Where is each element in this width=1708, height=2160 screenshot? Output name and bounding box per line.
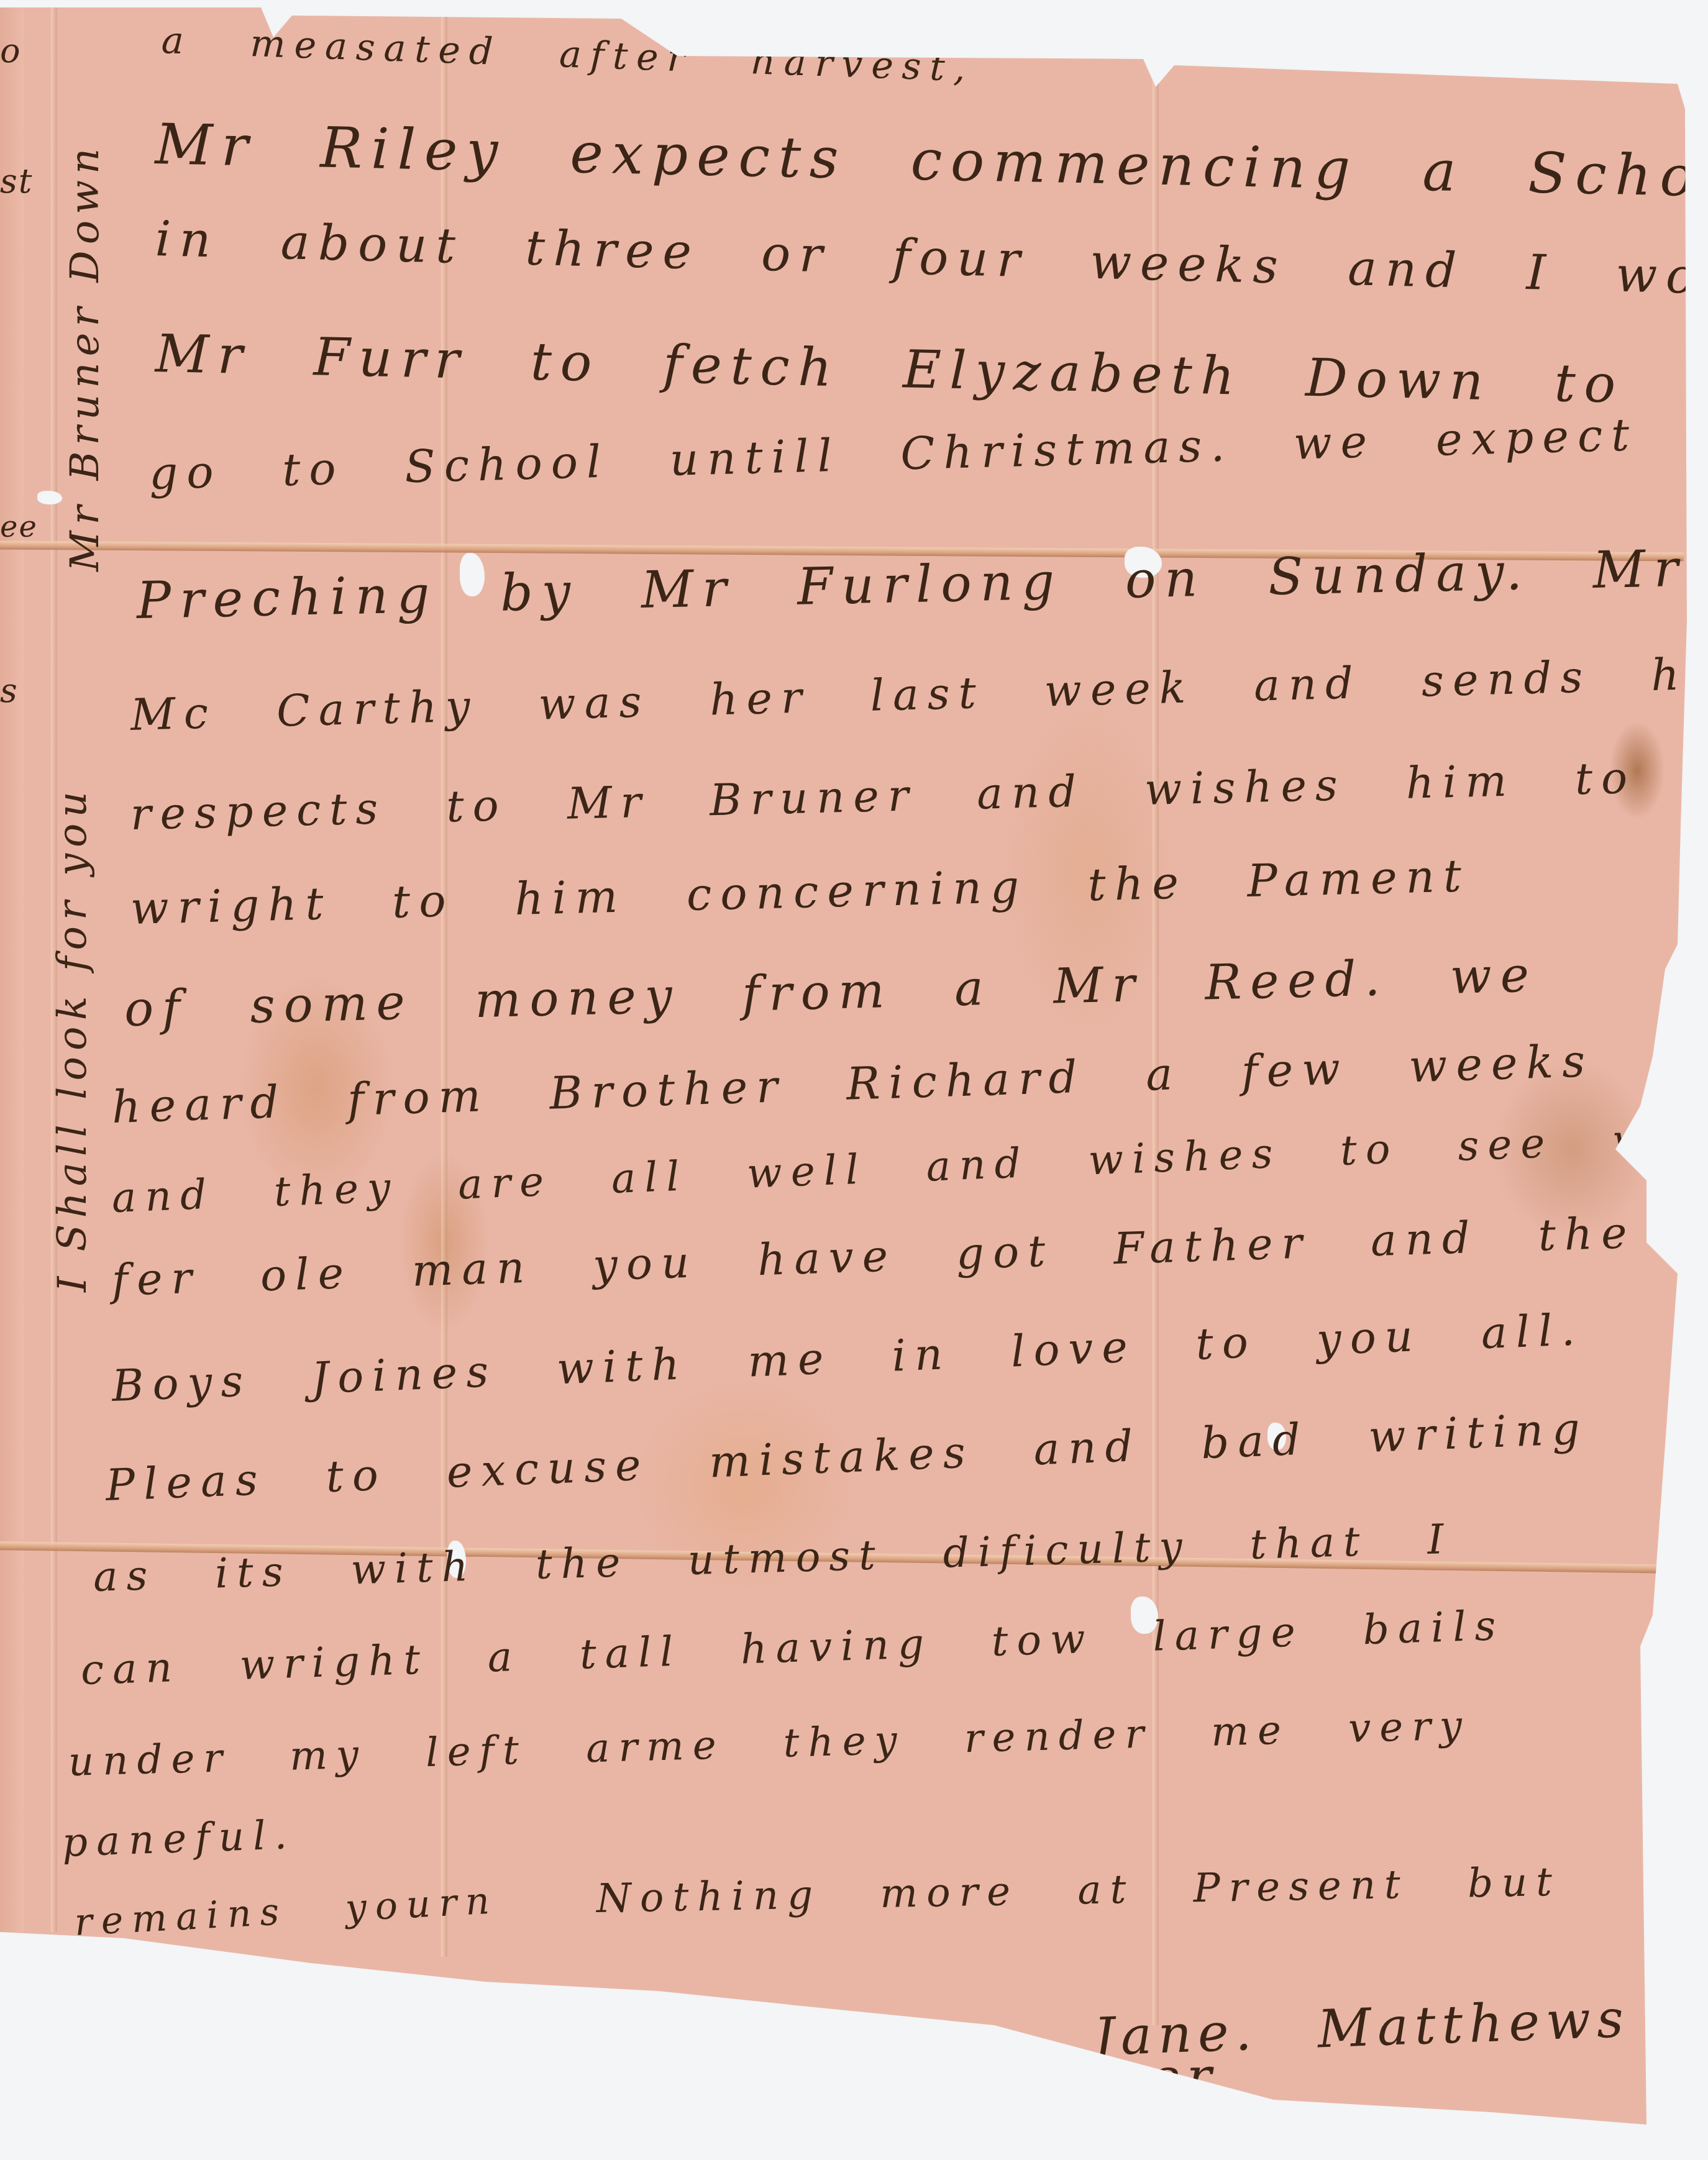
letter-line-8: wright to him concerning the Pament [130, 849, 1471, 934]
letter-line-4: go to School untill Christmas. we expect [148, 408, 1638, 499]
signature-underline [789, 2153, 1050, 2160]
paper-hole [37, 491, 62, 504]
top-fragment: a measated after harvest, [161, 19, 975, 91]
letter-line-18: paneful. [62, 1812, 296, 1866]
letter-line-20: remains yourn [73, 1879, 499, 1944]
edge-fragment: o [0, 31, 22, 70]
letter-line-7: respects to Mr Bruner and wishes him to [130, 752, 1637, 840]
signature-mary-bruner: Mary. A. Bruner [627, 2046, 1218, 2117]
edge-fragment: st [0, 162, 33, 201]
margin-note-upper: Mr Bruner Down [62, 142, 108, 572]
letter-paper: a measated after harvest, Mr Riley expec… [0, 0, 1708, 2160]
letter-line-11: and they are all well and wishes to see … [111, 1113, 1692, 1222]
margin-note-lower: I Shall look for you [50, 785, 96, 1292]
letter-line-17: under my left arme they render me very [68, 1703, 1471, 1785]
letter-line-3: Mr Furr to fetch Elyzabeth Down to [155, 323, 1625, 415]
letter-line-15: as its with the utmost dificulty that I [93, 1515, 1453, 1601]
edge-fragment: ee [0, 509, 38, 544]
letter-line-16: can wright a tall having tow large bails [80, 1602, 1505, 1694]
edge-fragment: s [0, 671, 19, 710]
letter-line-9: of some money from a Mr Reed. we [124, 947, 1538, 1037]
letter-line-1: Mr Riley expects commencing a School [155, 112, 1708, 211]
letter-line-10: heard from Brother Richard a few weeks [111, 1034, 1595, 1133]
letter-line-19: Nothing more at Present but [596, 1859, 1561, 1922]
letter-line-12: fer ole man you have got Father and the [111, 1207, 1637, 1306]
letter-line-13: Boys Joines with me in love to you all. [111, 1304, 1584, 1411]
letter-line-2: in about three or four weeks and I wount [155, 211, 1708, 308]
letter-line-6: Mc Carthy was her last week and sends hi… [130, 647, 1708, 741]
left-fold-strip [0, 0, 24, 1932]
letter-line-14: Pleas to excuse mistakes and bad writing [104, 1403, 1589, 1511]
